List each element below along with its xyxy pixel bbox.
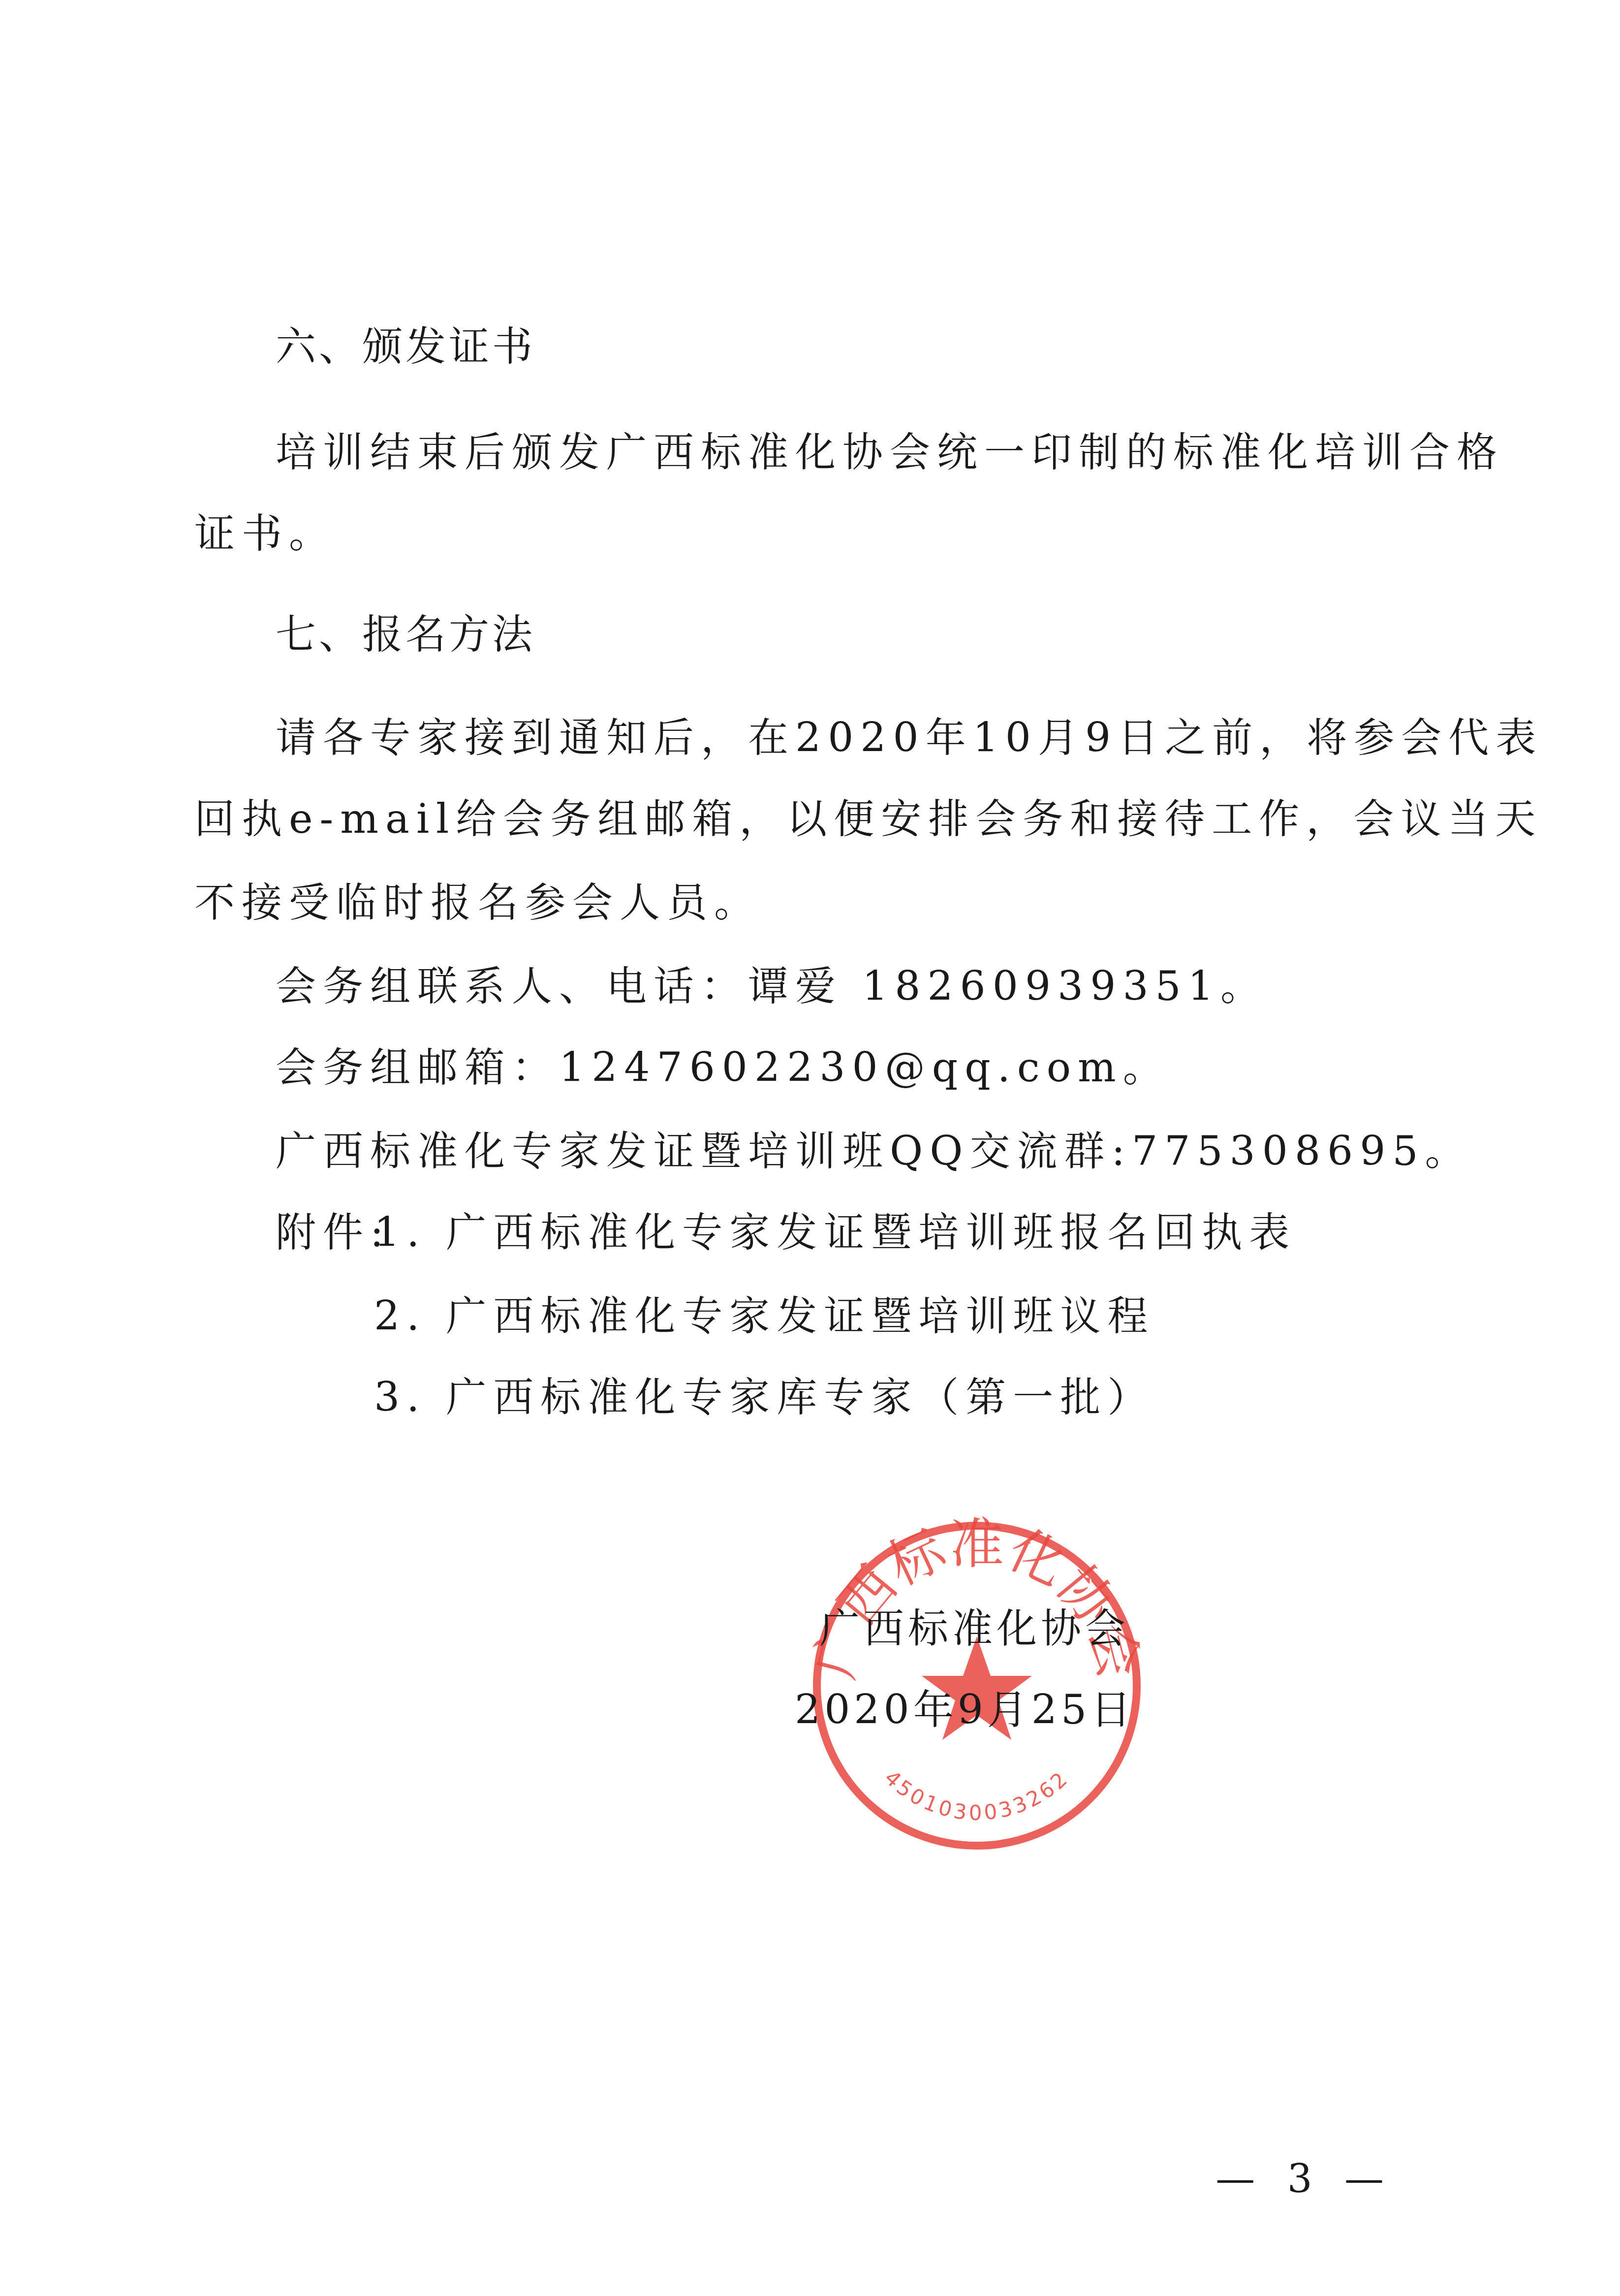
attachment-item: 2. 广西标准化专家发证暨培训班议程 — [374, 1292, 1154, 1341]
signature-date: 2020年9月25日 — [795, 1686, 1135, 1735]
paragraph-line: 请各专家接到通知后，在2020年10月9日之前，将参会代表 — [276, 714, 1543, 763]
contact-qq: 广西标准化专家发证暨培训班QQ交流群:775308695。 — [276, 1127, 1472, 1176]
paragraph-line: 培训结束后颁发广西标准化协会统一印制的标准化培训合格 — [276, 428, 1504, 477]
signature-org: 广西标准化协会 — [819, 1604, 1129, 1654]
section-heading-6: 六、颁发证书 — [276, 322, 535, 372]
section-heading-7: 七、报名方法 — [276, 610, 535, 660]
attachment-item: 3. 广西标准化专家库专家（第一批） — [374, 1373, 1154, 1422]
attachments-label: 附件: — [276, 1208, 391, 1258]
svg-text:4501030033262: 4501030033262 — [880, 1765, 1074, 1824]
paragraph-line: 证书。 — [194, 509, 336, 559]
contact-phone: 会务组联系人、电话：谭爱 18260939351。 — [276, 962, 1268, 1011]
attachment-item: 1. 广西标准化专家发证暨培训班报名回执表 — [374, 1208, 1296, 1258]
paragraph-line: 不接受临时报名参会人员。 — [194, 879, 761, 928]
contact-email: 会务组邮箱：1247602230@qq.com。 — [276, 1043, 1170, 1093]
page-number: — 3 — — [1215, 2156, 1394, 2202]
paragraph-line: 回执e-mail给会务组邮箱，以便安排会务和接待工作，会议当天 — [194, 795, 1542, 844]
